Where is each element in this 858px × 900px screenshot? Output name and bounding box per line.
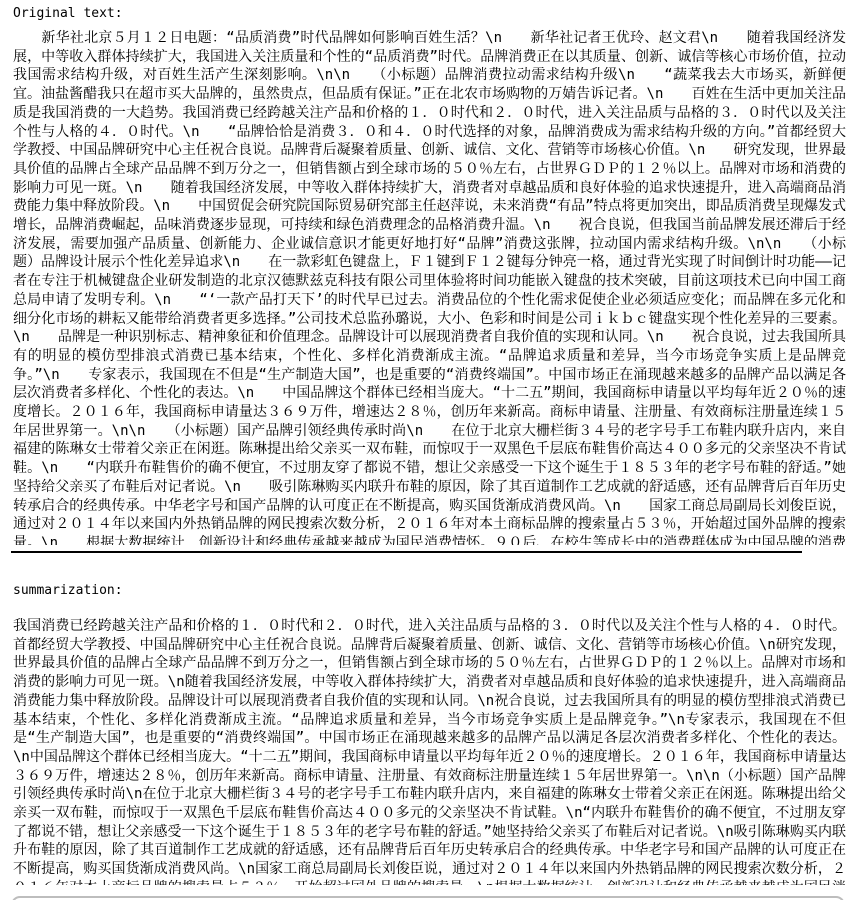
section-divider <box>11 551 802 553</box>
original-text-body: 新华社北京５月１２日电题：“品质消费”时代品牌如何影响百姓生活？\n 新华社记者… <box>13 29 846 545</box>
input-panel[interactable] <box>11 896 845 900</box>
summarization-body: 我国消费已经跨越关注产品和价格的１．０时代和２．０时代，进入关注品质与品格的３．… <box>13 617 846 885</box>
document-page: Original text: 新华社北京５月１２日电题：“品质消费”时代品牌如何… <box>0 0 858 900</box>
original-text-heading: Original text: <box>13 6 123 22</box>
summarization-heading: summarization: <box>13 583 123 599</box>
